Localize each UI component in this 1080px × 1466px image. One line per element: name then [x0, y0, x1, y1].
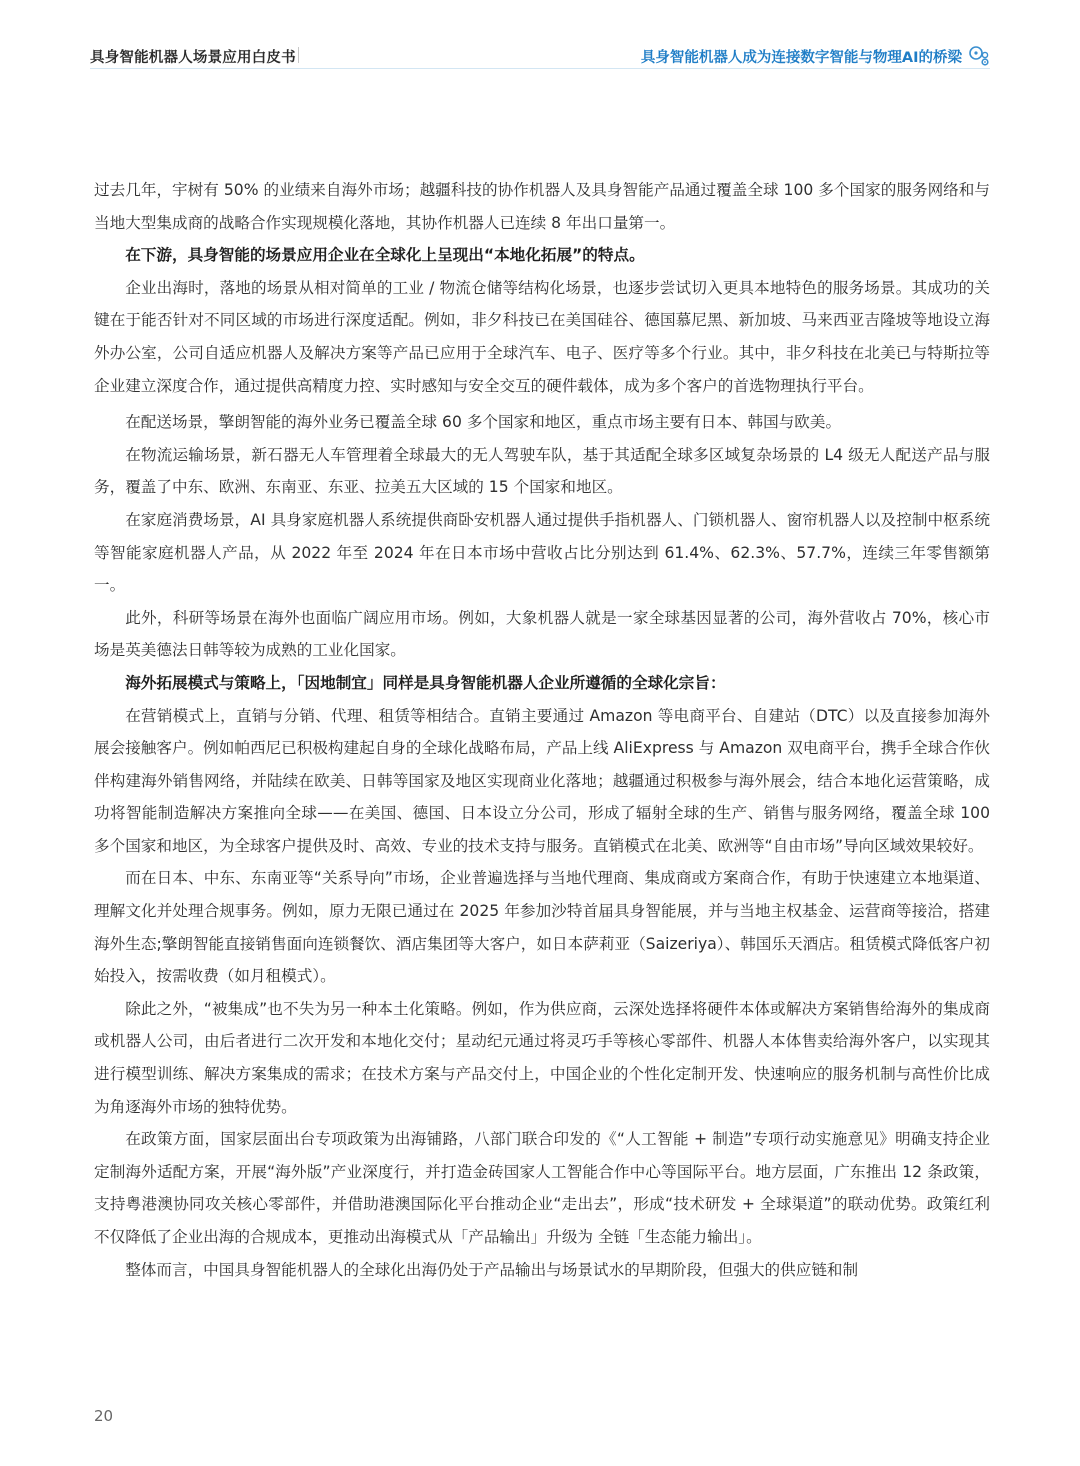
paragraph-marketing: 在营销模式上，直销与分销、代理、租赁等相结合。直销主要通过 Amazon 等电商… [94, 700, 990, 863]
paragraph-highlight-downstream: 在下游，具身智能的场景应用企业在全球化上呈现出“本地化拓展”的特点。 [94, 239, 990, 272]
paragraph-highlight-strategy: 海外拓展模式与策略上，「因地制宜」同样是具身智能机器人企业所遵循的全球化宗旨： [94, 667, 990, 700]
paragraph-research: 此外，科研等场景在海外也面临广阔应用市场。例如，大象机器人就是一家全球基因显著的… [94, 602, 990, 667]
header-divider [298, 47, 299, 63]
gears-icon [968, 44, 990, 66]
paragraph-summary: 整体而言，中国具身智能机器人的全球化出海仍处于产品输出与场景试水的早期阶段，但强… [94, 1254, 990, 1287]
body-text: 过去几年，宇树有 50% 的业绩来自海外市场；越疆科技的协作机器人及具身智能产品… [94, 174, 990, 1286]
paragraph-household: 在家庭消费场景，AI 具身家庭机器人系统提供商卧安机器人通过提供手指机器人、门锁… [94, 504, 990, 602]
paragraph-policy: 在政策方面，国家层面出台专项政策为出海铺路，八部门联合印发的《“人工智能 + 制… [94, 1123, 990, 1253]
paragraph-delivery: 在配送场景，擎朗智能的海外业务已覆盖全球 60 多个国家和地区，重点市场主要有日… [94, 406, 990, 439]
paragraph-logistics: 在物流运输场景，新石器无人车管理着全球最大的无人驾驶车队，基于其适配全球多区域复… [94, 439, 990, 504]
chapter-title: 具身智能机器人成为连接数字智能与物理AI的桥梁 [641, 46, 962, 67]
page-header: 具身智能机器人场景应用白皮书 具身智能机器人成为连接数字智能与物理AI的桥梁 [90, 44, 990, 69]
paragraph-relationship-markets: 而在日本、中东、东南亚等“关系导向”市场，企业普遍选择与当地代理商、集成商或方案… [94, 862, 990, 992]
document-title: 具身智能机器人场景应用白皮书 [90, 46, 296, 67]
paragraph-localization: 企业出海时，落地的场景从相对简单的工业 / 物流仓储等结构化场景，也逐步尝试切入… [94, 272, 990, 402]
page-number: 20 [94, 1407, 113, 1425]
paragraph-integration: 除此之外，“被集成”也不失为另一种本土化策略。例如，作为供应商，云深处选择将硬件… [94, 993, 990, 1123]
paragraph-continuation: 过去几年，宇树有 50% 的业绩来自海外市场；越疆科技的协作机器人及具身智能产品… [94, 174, 990, 239]
